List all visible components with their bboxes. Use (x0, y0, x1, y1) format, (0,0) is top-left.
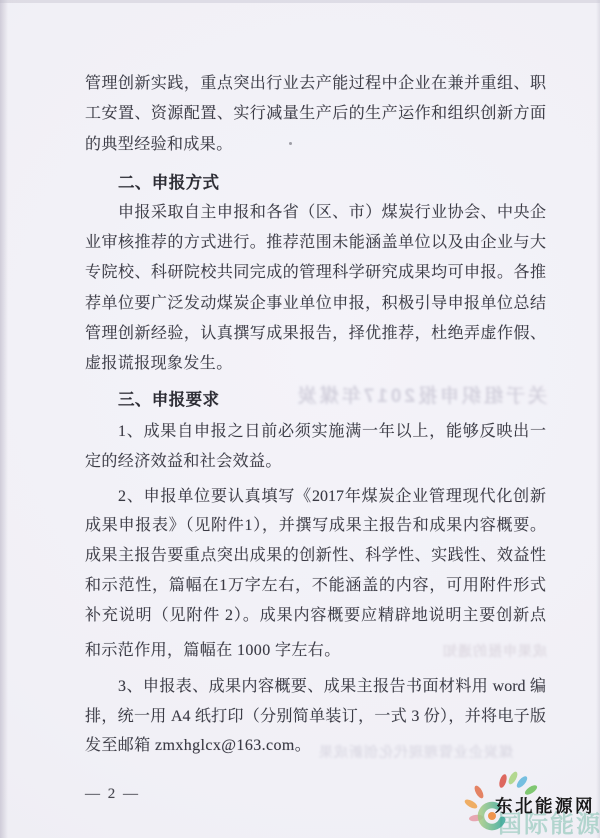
body-line: 业审核推荐的方式进行。推荐范围未能涵盖单位以及由企业与大 (85, 232, 546, 256)
section-heading-application-method: 二、申报方式 (85, 172, 546, 196)
body-line: 3、申报表、成果内容概要、成果主报告书面材料用 word 编 (85, 676, 546, 700)
page-number: — 2 — (85, 786, 140, 803)
body-line-email: 发至邮箱 zmxhglcx@163.com。 (85, 735, 546, 759)
body-line: 2、申报单位要认真填写《2017年煤炭企业管理现代化创新 (85, 486, 546, 510)
site-watermark: 国际能源网 东北能源网 (462, 770, 600, 838)
body-line: 和示范作用，篇幅在 1000 字左右。 (85, 640, 546, 664)
body-line: 定的经济效益和社会效益。 (85, 451, 546, 475)
scanned-document-page: 关于组织申报2017年煤炭 成果申报的通知 煤炭企业管理现代化创新成果 管理创新… (0, 0, 600, 838)
ink-speck (289, 142, 292, 145)
body-line: 申报采取自主申报和各省（区、市）煤炭行业协会、中央企 (85, 202, 546, 226)
body-line: 补充说明（见附件 2）。成果内容概要应精辟地说明主要创新点 (85, 605, 546, 629)
paper-right-edge-shadow (596, 0, 600, 838)
body-line: 荐单位要广泛发动煤炭企事业单位申报，积极引导申报单位总结 (85, 293, 546, 317)
body-line: 成果主报告要重点突出成果的创新性、科学性、实践性、效益性 (85, 545, 546, 569)
section-heading-application-requirements: 三、申报要求 (85, 389, 546, 413)
body-line: 专院校、科研院校共同完成的管理科学研究成果均可申报。各推 (85, 262, 546, 286)
site-name: 东北能源网 (495, 793, 595, 818)
body-line: 工安置、资源配置、实行减量生产后的生产运作和组织创新方面 (85, 103, 546, 127)
body-line: 虚报谎报现象发生。 (85, 353, 546, 377)
body-line: 排，统一用 A4 纸打印（分别简单装订，一式 3 份），并将电子版 (85, 706, 546, 730)
body-line: 1、成果自申报之日前必须实施满一年以上，能够反映出一 (85, 421, 546, 445)
body-line: 成果申报表》（见附件1），并撰写成果主报告和成果内容概要。 (85, 515, 546, 539)
body-line: 管理创新实践，重点突出行业去产能过程中企业在兼并重组、职 (85, 73, 546, 97)
body-line: 管理创新经验，认真撰写成果报告，择优推荐，杜绝弄虚作假、 (85, 323, 546, 347)
body-line: 的典型经验和成果。 (85, 134, 546, 158)
paper-top-edge-shadow (0, 0, 600, 3)
paper-left-edge-shadow (0, 0, 8, 838)
body-line: 和示范性，篇幅在1万字左右，不能涵盖的内容，可用附件形式 (85, 575, 546, 599)
